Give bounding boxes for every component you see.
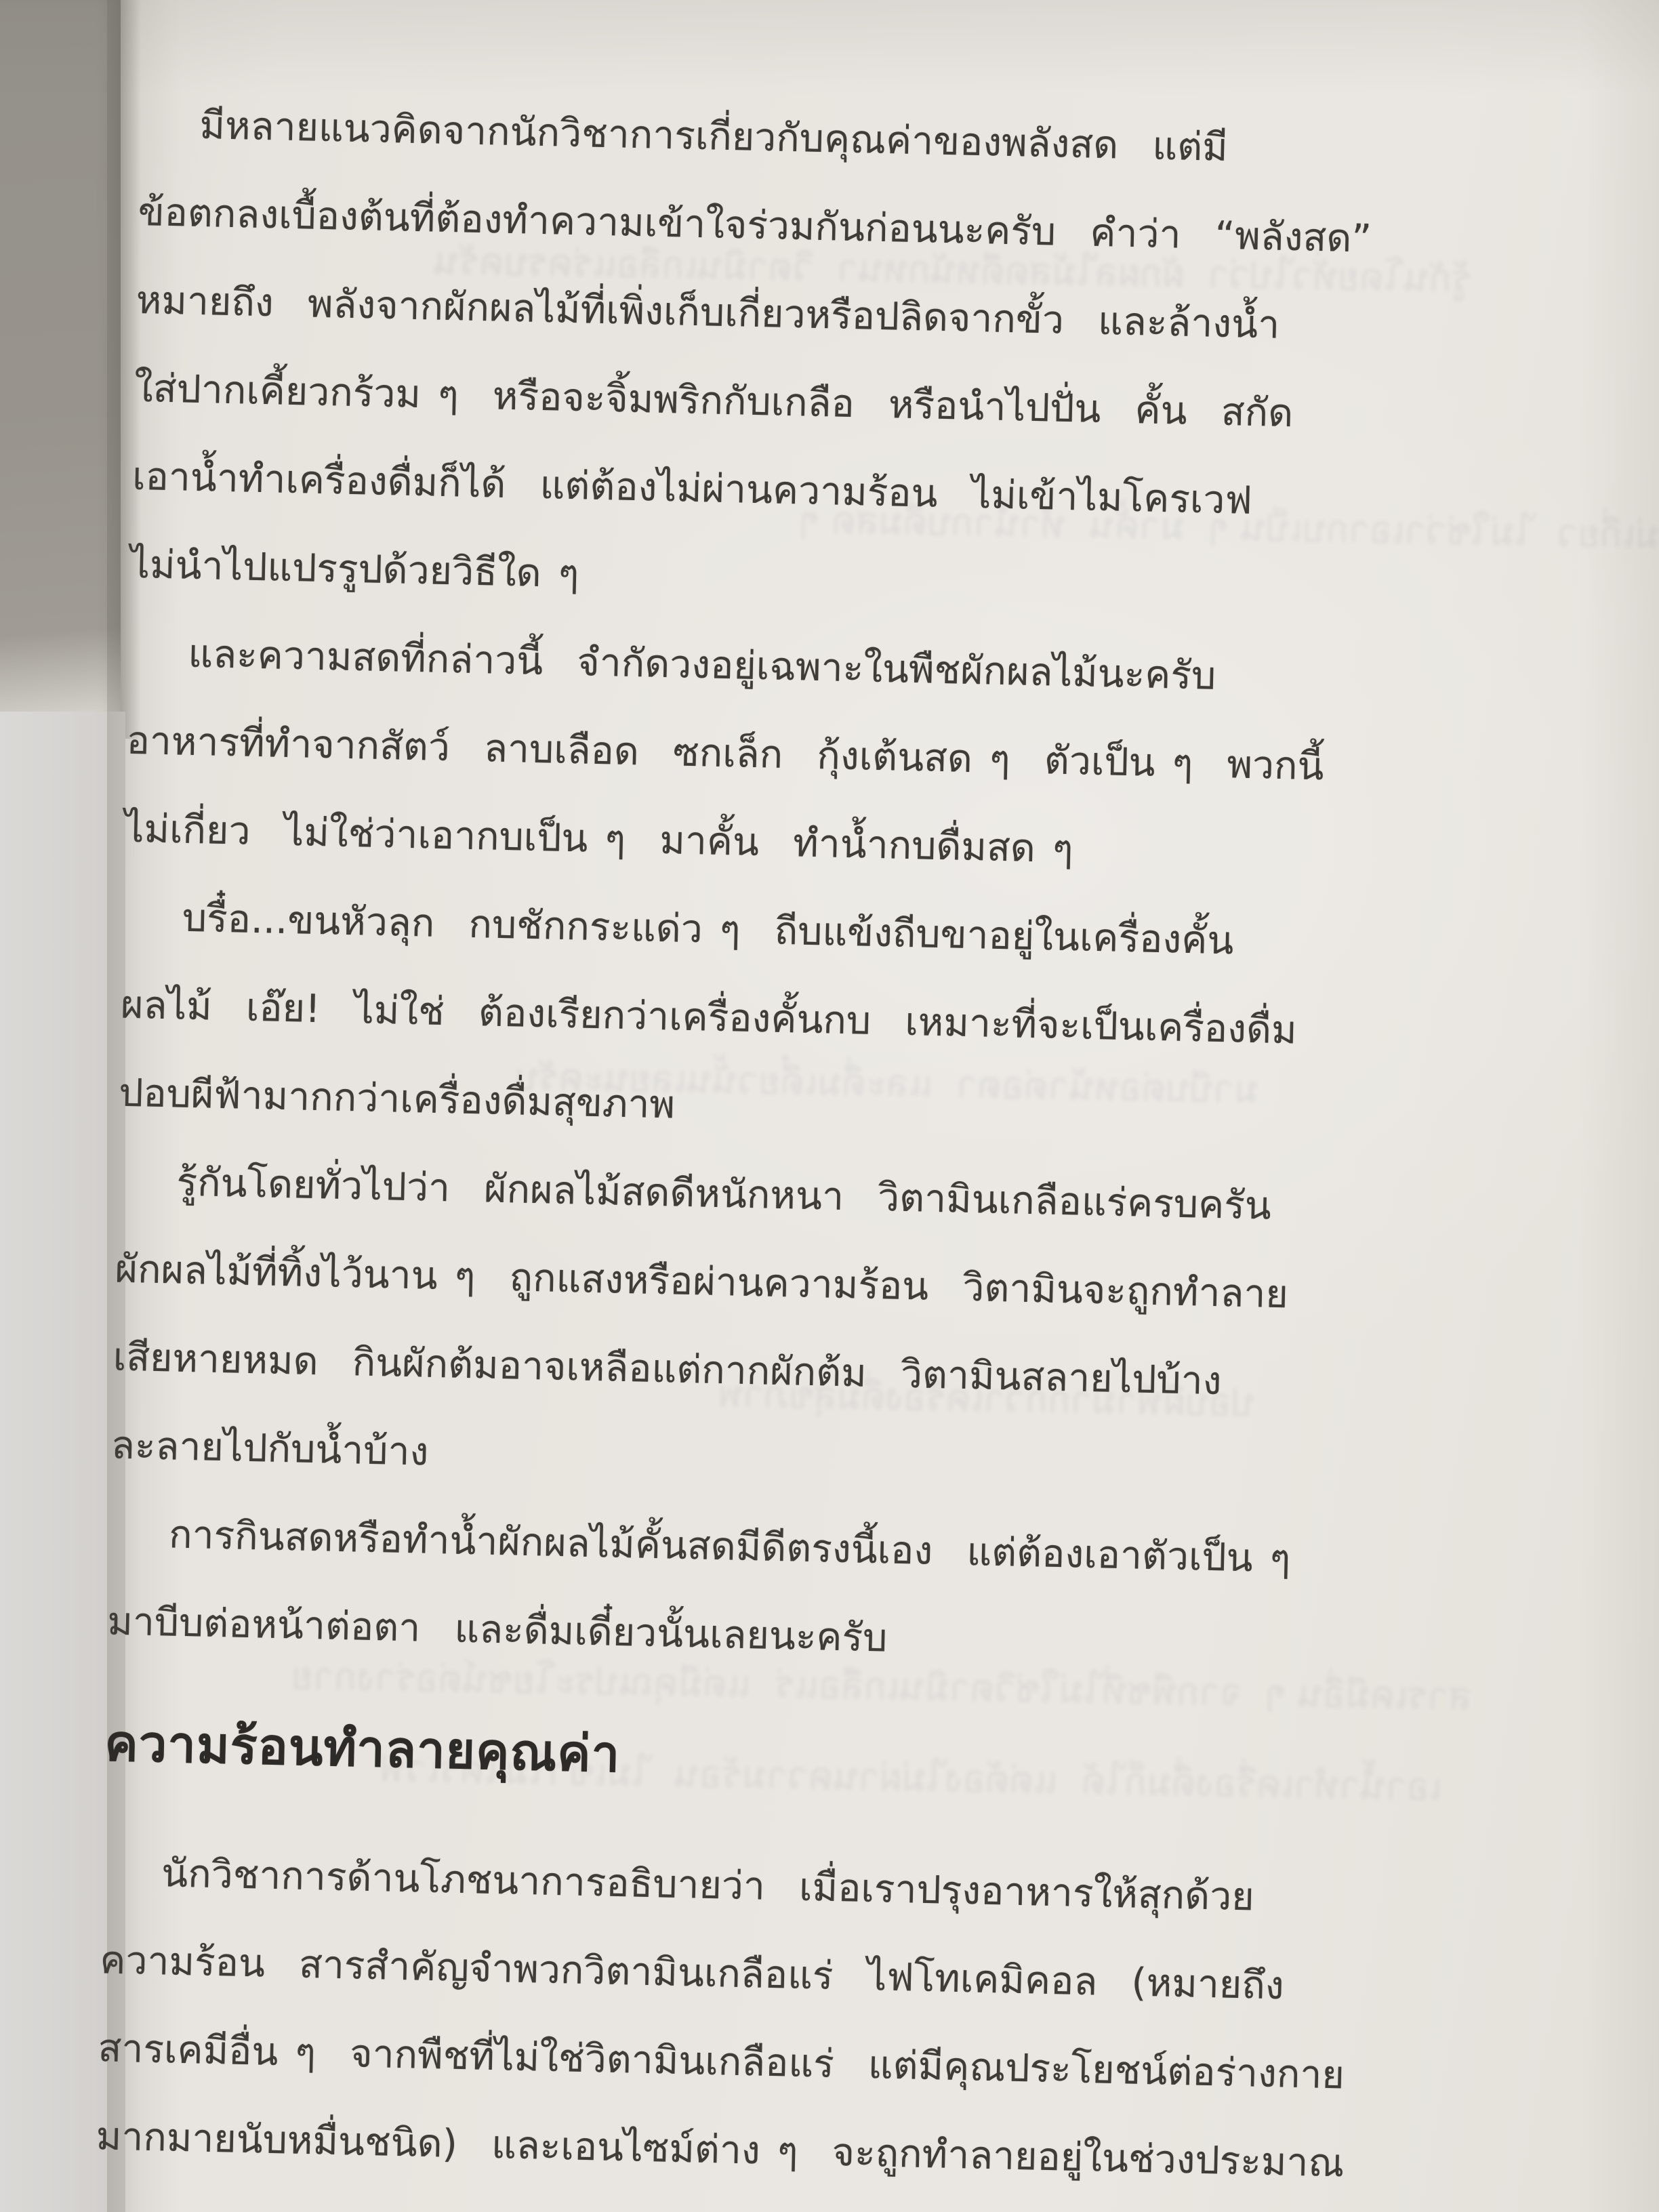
top-vignette [0,0,1659,95]
paragraph: รู้กันโดยทั่วไปว่า ผักผลไม้สดดีหนักหนา ว… [110,1137,1426,1518]
paragraph: การกินสดหรือทำน้ำผักผลไม้คั้นสดมีดีตรงนี… [106,1490,1418,1694]
page-text-column: มีหลายแนวคิดจากนักวิชาการเกี่ยวกับคุณค่า… [95,80,1448,2209]
section-heading: ความร้อนทำลายคุณค่า [104,1696,1414,1819]
book-page-photo: รู้กันโดยทั่วไปว่า ผักผลไม้สดดีหนักหนา ว… [0,0,1659,2212]
paragraph: บรื๋อ...ขนหัวลุก กบชักกระแด่ว ๆ ถีบแข้งถ… [118,873,1431,1166]
right-vignette [1578,0,1659,2212]
paragraph: และความสดที่กล่าวนี้ จำกัดวงอยู่เฉพาะในพ… [123,609,1437,901]
paragraph: นักวิชาการด้านโภชนาการอธิบายว่า เมื่อเรา… [95,1828,1410,2209]
background-surface [0,0,121,739]
paragraph: มีหลายแนวคิดจากนักวิชาการเกี่ยวกับคุณค่า… [129,80,1449,637]
